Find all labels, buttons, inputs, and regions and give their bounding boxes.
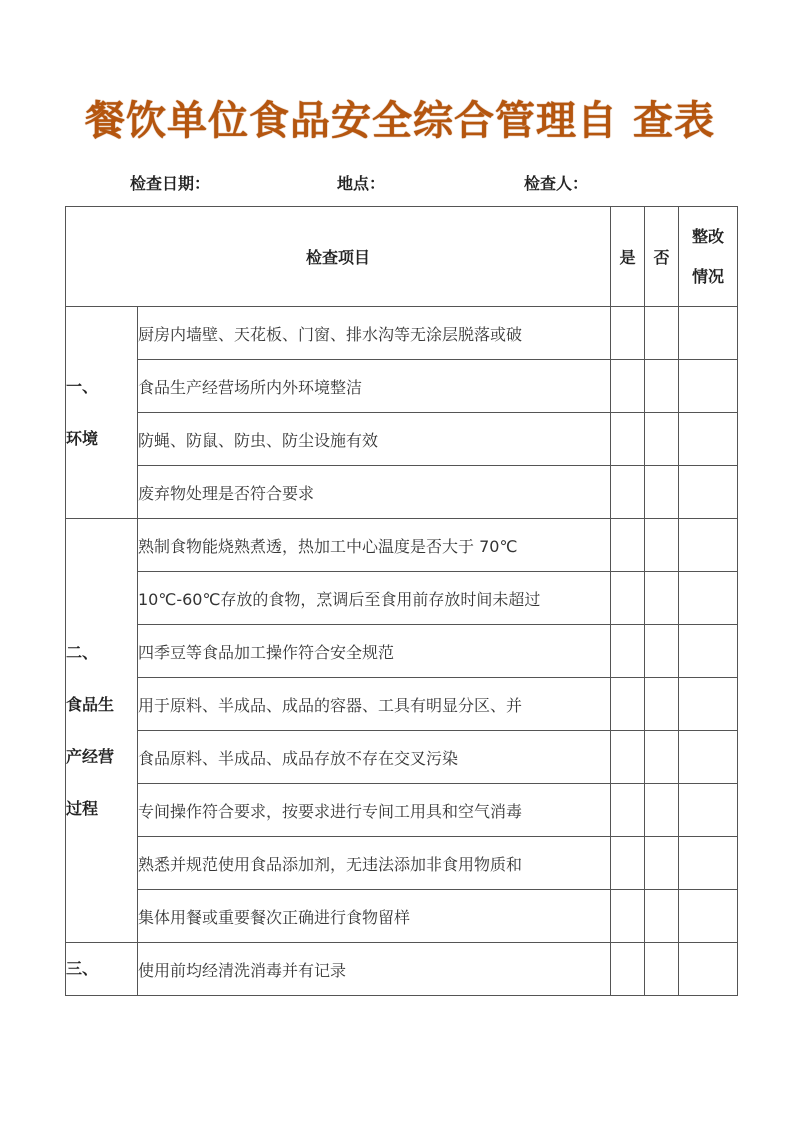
no-cell[interactable] bbox=[645, 731, 679, 784]
header-inspection-item: 检查项目 bbox=[66, 207, 611, 307]
yes-cell[interactable] bbox=[611, 572, 645, 625]
yes-cell[interactable] bbox=[611, 413, 645, 466]
yes-cell[interactable] bbox=[611, 943, 645, 996]
yes-cell[interactable] bbox=[611, 519, 645, 572]
category-three: 三、 bbox=[66, 943, 138, 996]
document-title: 餐饮单位食品安全综合管理自 查表 bbox=[0, 93, 800, 149]
header-rectification-line2: 情况 bbox=[679, 257, 737, 297]
rectification-cell[interactable] bbox=[679, 890, 738, 943]
check-item: 10℃-60℃存放的食物，烹调后至食用前存放时间未超过 bbox=[138, 572, 611, 625]
table-row: 用于原料、半成品、成品的容器、工具有明显分区、并 bbox=[66, 678, 738, 731]
check-item: 熟悉并规范使用食品添加剂，无违法添加非食用物质和 bbox=[138, 837, 611, 890]
table-row: 防蝇、防鼠、防虫、防尘设施有效 bbox=[66, 413, 738, 466]
check-item: 废弃物处理是否符合要求 bbox=[138, 466, 611, 519]
category-environment: 一、 环境 bbox=[66, 307, 138, 519]
no-cell[interactable] bbox=[645, 519, 679, 572]
check-item: 使用前均经清洗消毒并有记录 bbox=[138, 943, 611, 996]
table-row: 一、 环境 厨房内墙壁、天花板、门窗、排水沟等无涂层脱落或破 bbox=[66, 307, 738, 360]
check-item: 熟制食物能烧熟煮透，热加工中心温度是否大于 70℃ bbox=[138, 519, 611, 572]
yes-cell[interactable] bbox=[611, 837, 645, 890]
no-cell[interactable] bbox=[645, 784, 679, 837]
table-row: 二、 食品生 产经营 过程 熟制食物能烧熟煮透，热加工中心温度是否大于 70℃ bbox=[66, 519, 738, 572]
table-row: 集体用餐或重要餐次正确进行食物留样 bbox=[66, 890, 738, 943]
no-cell[interactable] bbox=[645, 572, 679, 625]
yes-cell[interactable] bbox=[611, 360, 645, 413]
category-label-line: 产经营 bbox=[66, 731, 137, 783]
category-label-line: 一、 bbox=[66, 361, 137, 413]
header-rectification: 整改 情况 bbox=[679, 207, 738, 307]
rectification-cell[interactable] bbox=[679, 625, 738, 678]
header-rectification-line1: 整改 bbox=[679, 217, 737, 257]
rectification-cell[interactable] bbox=[679, 731, 738, 784]
yes-cell[interactable] bbox=[611, 466, 645, 519]
check-item: 用于原料、半成品、成品的容器、工具有明显分区、并 bbox=[138, 678, 611, 731]
rectification-cell[interactable] bbox=[679, 837, 738, 890]
location-label: 地点： bbox=[337, 172, 385, 196]
rectification-cell[interactable] bbox=[679, 307, 738, 360]
yes-cell[interactable] bbox=[611, 307, 645, 360]
table-row: 三、 使用前均经清洗消毒并有记录 bbox=[66, 943, 738, 996]
no-cell[interactable] bbox=[645, 307, 679, 360]
check-item: 厨房内墙壁、天花板、门窗、排水沟等无涂层脱落或破 bbox=[138, 307, 611, 360]
table-row: 四季豆等食品加工操作符合安全规范 bbox=[66, 625, 738, 678]
category-food-production: 二、 食品生 产经营 过程 bbox=[66, 519, 138, 943]
check-item: 四季豆等食品加工操作符合安全规范 bbox=[138, 625, 611, 678]
table-row: 废弃物处理是否符合要求 bbox=[66, 466, 738, 519]
no-cell[interactable] bbox=[645, 678, 679, 731]
check-item: 防蝇、防鼠、防虫、防尘设施有效 bbox=[138, 413, 611, 466]
rectification-cell[interactable] bbox=[679, 784, 738, 837]
rectification-cell[interactable] bbox=[679, 360, 738, 413]
category-label-line: 环境 bbox=[66, 413, 137, 465]
no-cell[interactable] bbox=[645, 466, 679, 519]
header-no: 否 bbox=[645, 207, 679, 307]
category-label-line: 二、 bbox=[66, 627, 137, 679]
check-item: 食品原料、半成品、成品存放不存在交叉污染 bbox=[138, 731, 611, 784]
table-row: 食品原料、半成品、成品存放不存在交叉污染 bbox=[66, 731, 738, 784]
yes-cell[interactable] bbox=[611, 784, 645, 837]
check-item: 专间操作符合要求，按要求进行专间工用具和空气消毒 bbox=[138, 784, 611, 837]
yes-cell[interactable] bbox=[611, 625, 645, 678]
inspector-label: 检查人： bbox=[524, 172, 588, 196]
yes-cell[interactable] bbox=[611, 678, 645, 731]
inspection-table: 检查项目 是 否 整改 情况 一、 环境 厨房内墙壁、天花板、门窗、排水沟等无涂… bbox=[65, 206, 738, 996]
rectification-cell[interactable] bbox=[679, 413, 738, 466]
category-label-line: 食品生 bbox=[66, 679, 137, 731]
category-label-line: 过程 bbox=[66, 783, 137, 835]
header-yes: 是 bbox=[611, 207, 645, 307]
no-cell[interactable] bbox=[645, 360, 679, 413]
no-cell[interactable] bbox=[645, 943, 679, 996]
inspection-date-label: 检查日期： bbox=[130, 172, 210, 196]
table-row: 食品生产经营场所内外环境整洁 bbox=[66, 360, 738, 413]
no-cell[interactable] bbox=[645, 625, 679, 678]
no-cell[interactable] bbox=[645, 413, 679, 466]
rectification-cell[interactable] bbox=[679, 678, 738, 731]
no-cell[interactable] bbox=[645, 837, 679, 890]
table-row: 专间操作符合要求，按要求进行专间工用具和空气消毒 bbox=[66, 784, 738, 837]
check-item: 食品生产经营场所内外环境整洁 bbox=[138, 360, 611, 413]
yes-cell[interactable] bbox=[611, 890, 645, 943]
check-item: 集体用餐或重要餐次正确进行食物留样 bbox=[138, 890, 611, 943]
rectification-cell[interactable] bbox=[679, 572, 738, 625]
table-header-row: 检查项目 是 否 整改 情况 bbox=[66, 207, 738, 307]
table-row: 10℃-60℃存放的食物，烹调后至食用前存放时间未超过 bbox=[66, 572, 738, 625]
no-cell[interactable] bbox=[645, 890, 679, 943]
table-row: 熟悉并规范使用食品添加剂，无违法添加非食用物质和 bbox=[66, 837, 738, 890]
yes-cell[interactable] bbox=[611, 731, 645, 784]
rectification-cell[interactable] bbox=[679, 519, 738, 572]
rectification-cell[interactable] bbox=[679, 466, 738, 519]
rectification-cell[interactable] bbox=[679, 943, 738, 996]
